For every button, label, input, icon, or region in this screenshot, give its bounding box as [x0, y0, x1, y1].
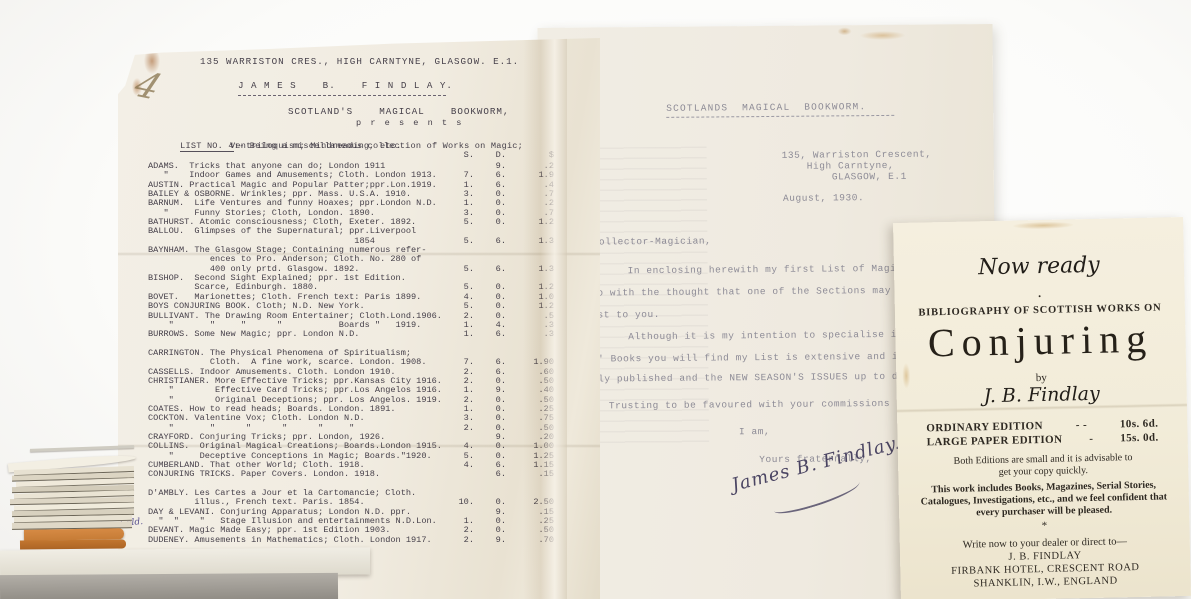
letter-body-line: In enclosing herewith my first List of M… [628, 263, 934, 277]
letter-closing: Trusting to be favoured with your commis… [609, 398, 890, 411]
list-row-text: BURROWS. Some New Magic; ppr. London N.D… [148, 330, 359, 339]
edition-label: ORDINARY EDITION [926, 420, 1043, 434]
list-row: CONJURING TRICKS. Paper Covers. London. … [148, 470, 568, 479]
flyer-title: Conjuring [895, 314, 1186, 367]
letter-body-line: Although it is my intention to specialis… [628, 329, 934, 343]
board-edge [0, 573, 338, 599]
edition-price: 15s. 0d. [1120, 432, 1159, 445]
list-row-pence: 9. [484, 536, 506, 545]
letter-address-line: GLASGOW, E.1 [832, 171, 907, 183]
list-row-shillings: 5. [448, 237, 474, 246]
list-row-pence: 6. [484, 470, 506, 479]
flyer-note: This work includes Books, Magazines, Ser… [918, 479, 1171, 520]
list-row-text: CONJURING TRICKS. Paper Covers. London. … [148, 470, 380, 479]
heading-underline [666, 115, 894, 118]
letter-body-line: the way' Books you will find my List is … [554, 351, 923, 365]
fold-crease-vertical [523, 38, 567, 599]
orange-booklet-edge [20, 539, 126, 549]
list-row-pence: 6. [484, 237, 506, 246]
list-row-pence: 0. [484, 218, 506, 227]
list-row: BURROWS. Some New Magic; ppr. London N.D… [148, 330, 568, 339]
paper-stain [860, 31, 906, 40]
list-row-shillings: 2. [448, 536, 474, 545]
letter-address-line: 135, Warriston Crescent, [782, 149, 932, 161]
list-row-text: DUDENEY. Amusements in Mathematics; Clot… [148, 536, 432, 545]
list-name: J A M E S B. F I N D L A Y. [238, 80, 453, 91]
list-row-shillings: 1. [448, 330, 474, 339]
paper-stain [1013, 221, 1073, 229]
col-header-shillings: S. [448, 151, 474, 160]
col-header-pence: D. [484, 151, 506, 160]
edition-label: LARGE PAPER EDITION [927, 434, 1063, 449]
flyer-now-ready: Now ready [894, 251, 1184, 282]
list-row: DUDENEY. Amusements in Mathematics; Clot… [148, 536, 568, 545]
list-row-shillings: 5. [448, 218, 474, 227]
list-row-pence: 6. [484, 265, 506, 274]
list-org: SCOTLAND'S MAGICAL BOOKWORM, [288, 106, 509, 117]
list-row-shillings: 4. [448, 461, 474, 470]
flyer-dot: . [894, 283, 1184, 304]
flyer-note: Both Editions are small and it is advisa… [948, 452, 1138, 480]
letter-body-line: I do so with the thought that one of the… [560, 285, 929, 299]
column-headers: S. D. $ [148, 151, 568, 160]
list-row-shillings: 5. [448, 265, 474, 274]
letter-closing: I am, [739, 426, 770, 437]
letter-body-line: recently published and the NEW SEASON'S … [561, 371, 924, 385]
price-list-page: 4 135 WARRISTON CRES., HIGH CARNTYNE, GL… [118, 38, 600, 599]
edition-dashes: - [1062, 432, 1120, 445]
list-row-shillings: 10. [448, 498, 474, 507]
letter-date: August, 1930. [783, 192, 864, 204]
conjuring-flyer: Now ready . BIBLIOGRAPHY OF SCOTTISH WOR… [893, 217, 1191, 599]
price-list-rows: ADAMS. Tricks that anyone can do; London… [148, 162, 568, 545]
list-presents: p r e s e n t s [356, 118, 463, 128]
list-row-pence: 6. [484, 330, 506, 339]
photo-of-documents: SCOTLANDS MAGICAL BOOKWORM. 135, Warrist… [0, 0, 1191, 599]
letter-heading: SCOTLANDS MAGICAL BOOKWORM. [666, 101, 866, 114]
letter-address-line: High Carntyne, [807, 160, 895, 172]
rust-stain [158, 36, 168, 48]
list-address: 135 WARRISTON CRES., HIGH CARNTYNE, GLAS… [200, 56, 519, 67]
name-underline [238, 95, 446, 96]
paper-stain [838, 27, 852, 35]
list-row-shillings: 2. [448, 424, 474, 433]
list-title-line2: Ventriloquism; Mindreading, etc. [230, 141, 401, 151]
edition-price: 10s. 6d. [1120, 418, 1159, 431]
edition-dashes: - - [1043, 418, 1120, 432]
